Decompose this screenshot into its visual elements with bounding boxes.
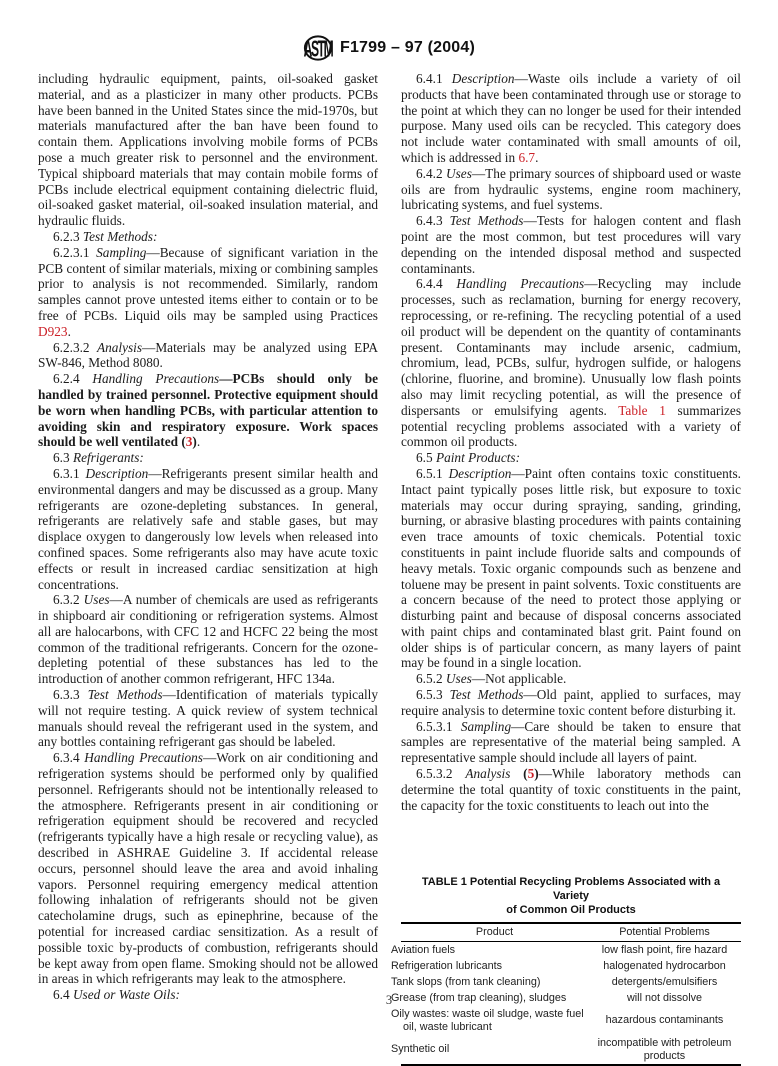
cell-potential-problem: incompatible with petroleum products <box>588 1035 741 1065</box>
paragraph: 6.5.3 Test Methods—Old paint, applied to… <box>401 687 741 719</box>
text-run: —Work on air conditioning and refrigerat… <box>38 750 378 986</box>
text-run: 6.4.2 <box>416 166 446 181</box>
paragraph: 6.5.1 Description—Paint often contains t… <box>401 466 741 671</box>
text-run: Uses <box>446 166 472 181</box>
paragraph: 6.3.3 Test Methods—Identification of mat… <box>38 687 378 750</box>
text-run: —Refrigerants present similar health and… <box>38 466 378 592</box>
cell-potential-problem: hazardous contaminants <box>588 1006 741 1035</box>
table-row: Aviation fuelslow flash point, fire haza… <box>401 942 741 959</box>
paragraph: 6.4.2 Uses—The primary sources of shipbo… <box>401 166 741 213</box>
table-row: Refrigeration lubricantshalogenated hydr… <box>401 958 741 974</box>
text-run: 6.5 <box>416 450 436 465</box>
table-row: Oily wastes: waste oil sludge, waste fue… <box>401 1006 741 1035</box>
cell-product: Tank slops (from tank cleaning) <box>401 974 588 990</box>
ref-link-6-7[interactable]: 6.7 <box>518 150 535 165</box>
standard-designation: F1799 – 97 (2004) <box>340 39 475 57</box>
column-right: 6.4.1 Description—Waste oils include a v… <box>401 71 741 1066</box>
text-run: 6.4.4 <box>416 276 456 291</box>
cell-potential-problem: low flash point, fire hazard <box>588 942 741 959</box>
text-run: 6.4.3 <box>416 213 450 228</box>
text-run: Paint Products: <box>436 450 520 465</box>
paragraph: 6.5.2 Uses—Not applicable. <box>401 671 741 687</box>
text-run: Handling Precautions <box>84 750 203 765</box>
text-run: Analysis <box>97 340 142 355</box>
paragraph: 6.3 Refrigerants: <box>38 450 378 466</box>
cell-product: Refrigeration lubricants <box>401 958 588 974</box>
text-run: Handling Precautions <box>92 371 219 386</box>
paragraph: 6.5.3.1 Sampling—Care should be taken to… <box>401 719 741 766</box>
text-run: Test Methods: <box>83 229 158 244</box>
column-left: including hydraulic equipment, paints, o… <box>38 71 378 1066</box>
cell-product: Oily wastes: waste oil sludge, waste fue… <box>401 1006 588 1035</box>
text-run: Test Methods <box>450 687 524 702</box>
text-run: —Paint often contains toxic constituents… <box>401 466 741 671</box>
paragraph: 6.2.3.1 Sampling—Because of significant … <box>38 245 378 340</box>
text-run: Description <box>86 466 149 481</box>
paragraph: 6.5.3.2 Analysis (5)—While laboratory me… <box>401 766 741 813</box>
paragraph: 6.3.4 Handling Precautions—Work on air c… <box>38 750 378 987</box>
text-run: Sampling <box>96 245 146 260</box>
paragraph: 6.3.2 Uses—A number of chemicals are use… <box>38 592 378 687</box>
text-run: including hydraulic equipment, paints, o… <box>38 71 378 228</box>
text-run: 6.3.2 <box>53 592 84 607</box>
text-run: —Recycling may include processes, such a… <box>401 276 741 417</box>
cell-product: Synthetic oil <box>401 1035 588 1065</box>
ref-link-d923[interactable]: D923 <box>38 324 68 339</box>
col-header-product: Product <box>401 923 588 942</box>
paragraph: including hydraulic equipment, paints, o… <box>38 71 378 229</box>
document-header: ASTM F1799 – 97 (2004) <box>0 34 778 62</box>
text-run: 6.5.3 <box>416 687 450 702</box>
paragraph: 6.2.3.2 Analysis—Materials may be analyz… <box>38 340 378 372</box>
text-run: Uses <box>84 592 110 607</box>
cell-potential-problem: detergents/emulsifiers <box>588 974 741 990</box>
text-run: . <box>535 150 538 165</box>
text-run: Sampling <box>461 719 511 734</box>
paragraph: 6.3.1 Description—Refrigerants present s… <box>38 466 378 592</box>
table-1-section: TABLE 1 Potential Recycling Problems Ass… <box>401 875 741 1066</box>
text-run: 6.2.3 <box>53 229 83 244</box>
text-run: Uses <box>446 671 472 686</box>
paragraph: 6.4.3 Test Methods—Tests for halogen con… <box>401 213 741 276</box>
text-run: 6.3 <box>53 450 73 465</box>
astm-logo-icon: ASTM <box>303 34 333 62</box>
table-1-header: Product Potential Problems <box>401 923 741 942</box>
paragraph: 6.4.4 Handling Precautions—Recycling may… <box>401 276 741 450</box>
text-run: Refrigerants: <box>73 450 144 465</box>
cell-potential-problem: halogenated hydrocarbon <box>588 958 741 974</box>
text-run: Description <box>449 466 512 481</box>
text-run: 6.3.4 <box>53 750 84 765</box>
text-run: —Not applicable. <box>472 671 567 686</box>
text-run: Handling Precautions <box>456 276 584 291</box>
svg-text:ASTM: ASTM <box>304 35 333 61</box>
cell-product: Aviation fuels <box>401 942 588 959</box>
text-run: . <box>68 324 71 339</box>
table-row: Synthetic oilincompatible with petroleum… <box>401 1035 741 1065</box>
text-run: Test Methods <box>88 687 163 702</box>
text-run: 6.3.3 <box>53 687 88 702</box>
document-body: including hydraulic equipment, paints, o… <box>38 71 742 1066</box>
text-run: 6.2.3.1 <box>53 245 96 260</box>
text-run: 6.5.1 <box>416 466 449 481</box>
text-run: ( <box>510 766 527 781</box>
text-run: 6.5.3.1 <box>416 719 461 734</box>
paragraph: 6.2.4 Handling Precautions—PCBs should o… <box>38 371 378 450</box>
text-run: Analysis <box>465 766 510 781</box>
paragraph: 6.5 Paint Products: <box>401 450 741 466</box>
text-run: . <box>197 434 200 449</box>
text-run: Description <box>452 71 515 86</box>
text-run: 6.5.2 <box>416 671 446 686</box>
text-run: 6.5.3.2 <box>416 766 465 781</box>
paragraph: 6.2.3 Test Methods: <box>38 229 378 245</box>
text-run: 6.4.1 <box>416 71 452 86</box>
text-run: 6.2.3.2 <box>53 340 97 355</box>
ref-link-table-1[interactable]: Table 1 <box>618 403 666 418</box>
text-run: 6.2.4 <box>53 371 92 386</box>
page-number: 3 <box>0 993 778 1008</box>
text-run: Test Methods <box>450 213 524 228</box>
table-1-title: TABLE 1 Potential Recycling Problems Ass… <box>405 875 737 917</box>
paragraph: 6.4.1 Description—Waste oils include a v… <box>401 71 741 166</box>
table-row: Tank slops (from tank cleaning)detergent… <box>401 974 741 990</box>
text-run: 6.3.1 <box>53 466 86 481</box>
col-header-potential-problems: Potential Problems <box>588 923 741 942</box>
